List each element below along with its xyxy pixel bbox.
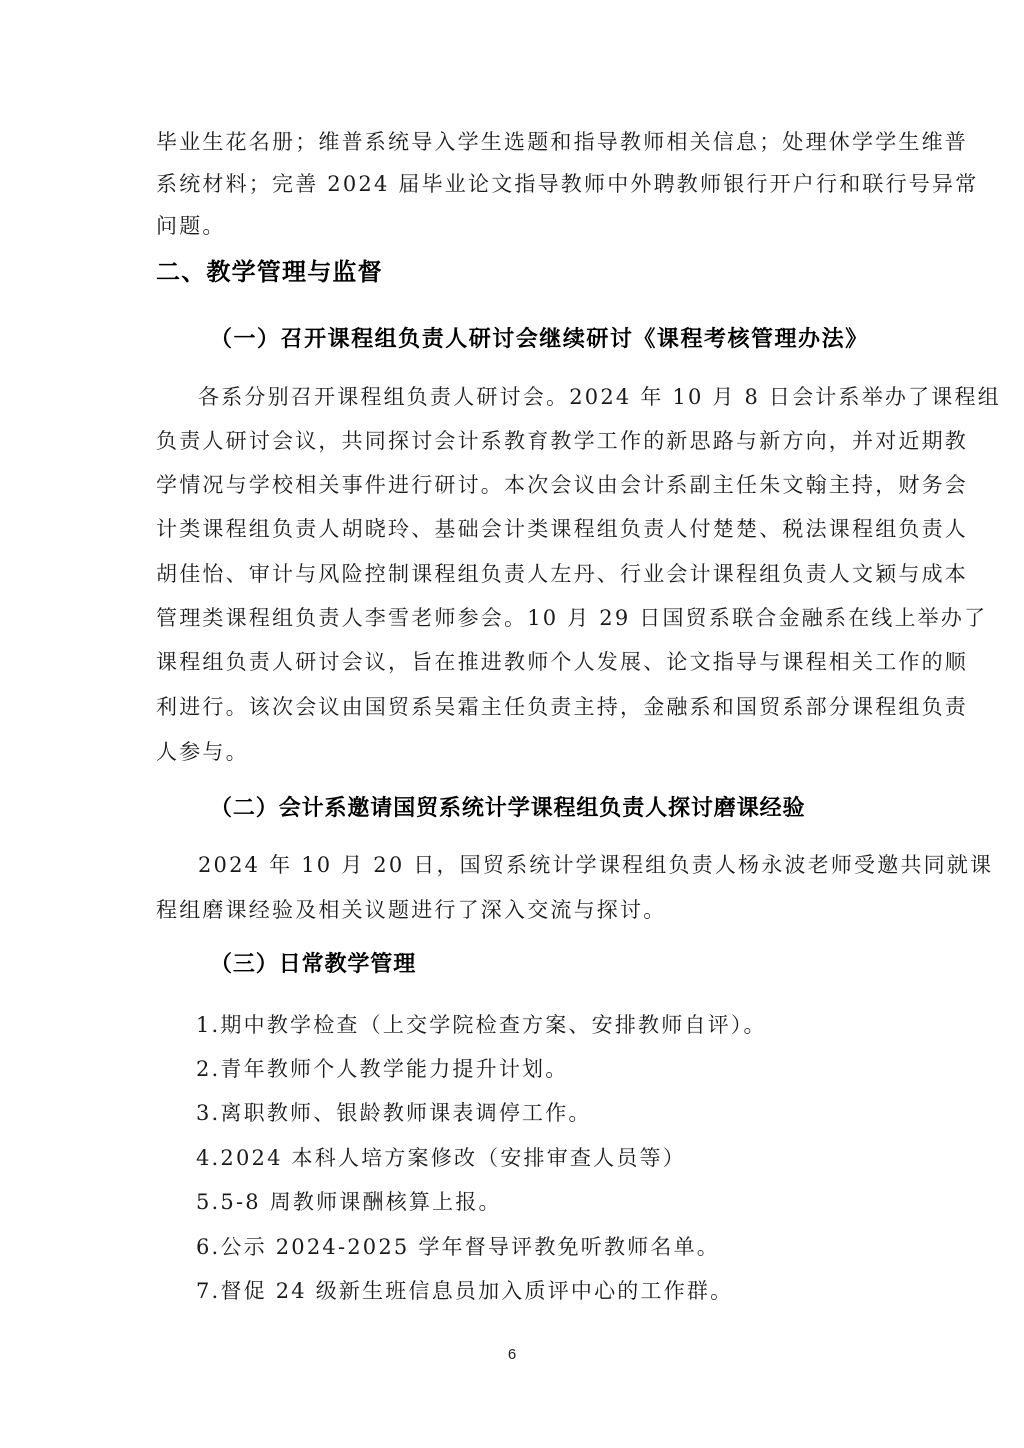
subsection-heading: （一）召开课程组负责人研讨会继续研讨《课程考核管理办法》 bbox=[210, 325, 868, 355]
paragraph-line: 2024 年 10 月 20 日，国贸系统计学课程组负责人杨永波老师受邀共同就课 bbox=[198, 851, 868, 879]
paragraph-line: 学情况与学校相关事件进行研讨。本次会议由会计系副主任朱文翰主持，财务会 bbox=[156, 471, 868, 499]
list-item: 7.督促 24 级新生班信息员加入质评中心的工作群。 bbox=[196, 1277, 733, 1305]
paragraph-line: 人参与。 bbox=[156, 738, 249, 766]
paragraph-line: 管理类课程组负责人李雪老师参会。10 月 29 日国贸系联合金融系在线上举办了 bbox=[156, 604, 868, 632]
paragraph-line: 毕业生花名册；维普系统导入学生选题和指导教师相关信息；处理休学学生维普 bbox=[156, 128, 868, 156]
list-item: 4.2024 本科人培方案修改（安排审查人员等） bbox=[196, 1144, 686, 1172]
paragraph-line: 系统材料；完善 2024 届毕业论文指导教师中外聘教师银行开户行和联行号异常 bbox=[156, 170, 868, 198]
paragraph-line: 利进行。该次会议由国贸系吴霜主任负责主持，金融系和国贸系部分课程组负责 bbox=[156, 693, 868, 721]
paragraph-line: 各系分别召开课程组负责人研讨会。2024 年 10 月 8 日会计系举办了课程组 bbox=[198, 383, 868, 411]
paragraph-line: 课程组负责人研讨会议，旨在推进教师个人发展、论文指导与课程相关工作的顺 bbox=[156, 648, 868, 676]
paragraph-line: 负责人研讨会议，共同探讨会计系教育教学工作的新思路与新方向，并对近期教 bbox=[156, 427, 868, 455]
paragraph-line: 问题。 bbox=[156, 212, 226, 240]
document-page: 毕业生花名册；维普系统导入学生选题和指导教师相关信息；处理休学学生维普 系统材料… bbox=[0, 0, 1024, 1448]
section-heading: 二、教学管理与监督 bbox=[156, 256, 383, 288]
list-item: 3.离职教师、银龄教师课表调停工作。 bbox=[196, 1099, 592, 1127]
list-item: 2.青年教师个人教学能力提升计划。 bbox=[196, 1055, 568, 1083]
paragraph-line: 计类课程组负责人胡晓玲、基础会计类课程组负责人付楚楚、税法课程组负责人 bbox=[156, 515, 868, 543]
list-item: 5.5-8 周教师课酬核算上报。 bbox=[196, 1188, 502, 1216]
page-number: 6 bbox=[492, 1346, 532, 1363]
paragraph-line: 程组磨课经验及相关议题进行了深入交流与探讨。 bbox=[156, 896, 666, 924]
list-item: 1.期中教学检查（上交学院检查方案、安排教师自评）。 bbox=[196, 1011, 767, 1039]
subsection-heading: （二）会计系邀请国贸系统计学课程组负责人探讨磨课经验 bbox=[210, 794, 805, 824]
paragraph-line: 胡佳怡、审计与风险控制课程组负责人左丹、行业会计课程组负责人文颖与成本 bbox=[156, 560, 868, 588]
subsection-heading: （三）日常教学管理 bbox=[210, 950, 416, 980]
list-item: 6.公示 2024-2025 学年督导评教免听教师名单。 bbox=[196, 1233, 720, 1261]
